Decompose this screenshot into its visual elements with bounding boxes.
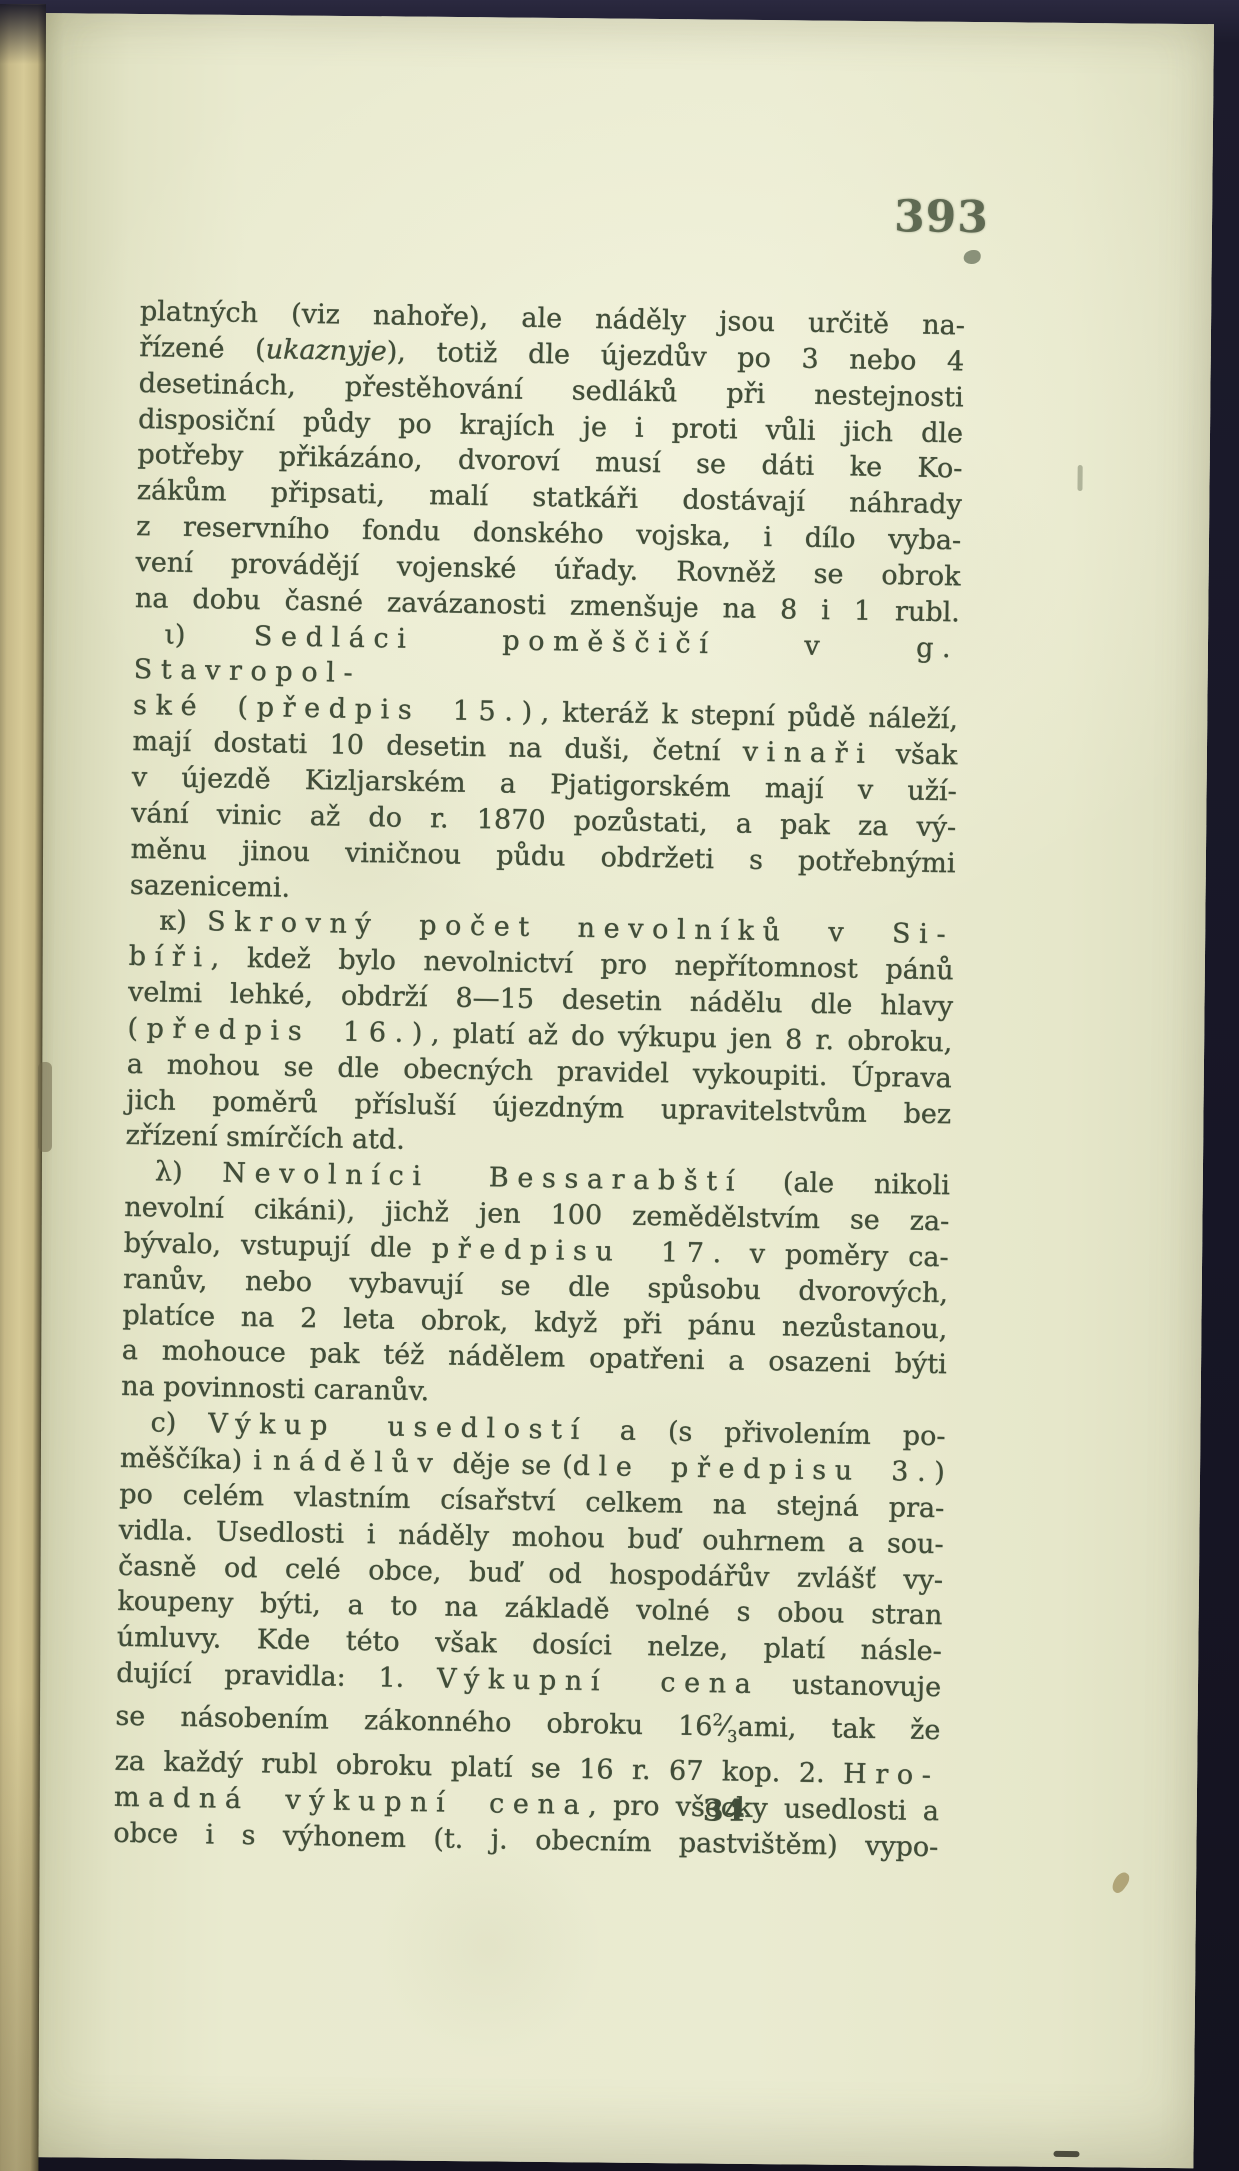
signature-number: 34 [669, 1793, 779, 1829]
text-segment: , platí až do výkupu jen 8 r. obroku, [431, 1018, 953, 1058]
text-segment: λ) [155, 1157, 223, 1189]
text-segment: v poměry ca- [730, 1238, 949, 1273]
text-segment: Hro- [843, 1759, 940, 1792]
text-segment: Nevolníci Bessarabští [222, 1158, 743, 1198]
text-segment: κ) [159, 906, 207, 938]
text-segment: ) [934, 1457, 945, 1488]
text-segment: Výkupní cena [437, 1663, 760, 1700]
text-segment: Výkup usedlostí [208, 1409, 588, 1447]
text-segment: ami, tak že [737, 1712, 940, 1747]
text-segment: a (s přivolením po- [588, 1415, 946, 1452]
text-segment: zřízení smírčích atd. [125, 1120, 405, 1156]
text-segment: (předpis 16.) [127, 1013, 431, 1049]
text-segment: dující pravidla: 1. [116, 1658, 437, 1695]
text-segment: bíři [128, 941, 211, 973]
text-segment: na povinnosti caranův. [121, 1371, 430, 1407]
text-segment: ské (předpis 15.) [133, 690, 541, 728]
text-segment: (ale nikoli [743, 1167, 950, 1202]
text-segment: Sedláci poměščičí v g. Stavropol- [133, 621, 959, 690]
text-segment: c) [150, 1408, 208, 1440]
text-segment: nádělův [273, 1446, 442, 1480]
text-segment: však [873, 739, 957, 771]
scan-artifact [38, 1062, 52, 1152]
scan-artifact [1077, 465, 1082, 491]
scan-artifact [1053, 2151, 1079, 2157]
text-segment: ukaznyje [265, 334, 387, 367]
text-segment: , kteráž k stepní půdě náleží, [540, 697, 958, 735]
scan-artifact [1109, 1870, 1132, 1895]
text-segment: sazenicemi. [130, 869, 291, 903]
text-segment: se násobením zákonného obroku 16 [115, 1701, 713, 1742]
text-segment: 3 [727, 1727, 738, 1746]
text-segment: měščíka) i [120, 1443, 274, 1477]
text-segment: madná výkupní cena [114, 1782, 589, 1821]
text-segment: dle předpisu 3. [572, 1451, 934, 1488]
text-segment: děje se ( [441, 1448, 573, 1481]
text-segment: předpisu 17. [432, 1233, 731, 1269]
text-segment: ustanovuje [759, 1669, 941, 1703]
text-segment: řízené ( [139, 332, 266, 365]
text-segment: ι) [164, 619, 254, 652]
book-scan: 393 platných (viz nahoře), ale náděly js… [0, 0, 1239, 2171]
scan-artifact [964, 250, 981, 264]
body-text: platných (viz nahoře), ale náděly jsou u… [113, 294, 965, 1866]
page: 393 platných (viz nahoře), ale náděly js… [15, 13, 1214, 2168]
page-number: 393 [894, 191, 989, 243]
text-segment: bývalo, vstupují dle [123, 1228, 432, 1264]
text-segment: vinaři [742, 737, 873, 770]
